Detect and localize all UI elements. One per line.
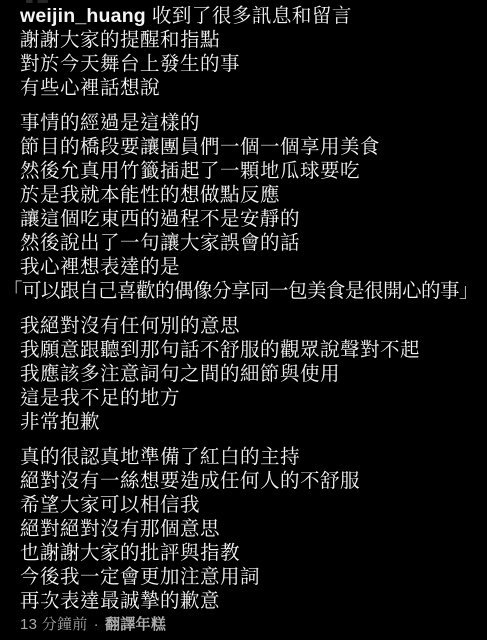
caption-line: 然後允真用竹籤插起了一顆地瓜球要吃 xyxy=(20,159,481,183)
caption-line: 絕對絕對沒有那個意思 xyxy=(20,517,481,541)
footer-separator: · xyxy=(94,616,99,633)
caption-line: 「可以跟自己喜歡的偶像分享同一包美食是很開心的事」 xyxy=(3,279,481,303)
caption-line: 也謝謝大家的批評與指教 xyxy=(20,541,481,565)
post-caption-screen: weijin_huang 收到了很多訊息和留言謝謝大家的提醒和指點對於今天舞台上… xyxy=(0,0,487,640)
caption-line: 讓這個吃東西的過程不是安靜的 xyxy=(20,207,481,231)
caption-line: 非常抱歉 xyxy=(20,410,481,434)
caption-line: 有些心裡話想說 xyxy=(20,76,481,100)
caption-line: 節目的橋段要讓團員們一個一個享用美食 xyxy=(20,135,481,159)
see-translation-button[interactable]: 翻譯年糕 xyxy=(105,616,166,633)
caption-line: 今後我一定會更加注意用詞 xyxy=(20,565,481,589)
clipped-text-above xyxy=(26,0,48,3)
caption-line: 這是我不足的地方 xyxy=(20,386,481,410)
caption-line: 然後說出了一句讓大家誤會的話 xyxy=(20,231,481,255)
post-footer: 13 分鐘前·翻譯年糕 xyxy=(20,615,166,634)
caption-line: 希望大家可以相信我 xyxy=(20,493,481,517)
caption-paragraph: 真的很認真地準備了紅白的主持絕對沒有一絲想要造成任何人的不舒服希望大家可以相信我… xyxy=(20,445,481,613)
caption-paragraph: 事情的經過是這樣的節目的橋段要讓團員們一個一個享用美食然後允真用竹籤插起了一顆地… xyxy=(20,111,481,303)
caption-line: 於是我就本能性的想做點反應 xyxy=(20,183,481,207)
caption-paragraph: 我絕對沒有任何別的意思我願意跟聽到那句話不舒服的觀眾說聲對不起我應該多注意詞句之… xyxy=(20,314,481,434)
caption-line: 對於今天舞台上發生的事 xyxy=(20,52,481,76)
caption-body: weijin_huang 收到了很多訊息和留言謝謝大家的提醒和指點對於今天舞台上… xyxy=(20,4,481,613)
caption-first-line: weijin_huang 收到了很多訊息和留言 xyxy=(20,4,481,28)
caption-line: 絕對沒有一絲想要造成任何人的不舒服 xyxy=(20,469,481,493)
username-link[interactable]: weijin_huang xyxy=(20,5,146,27)
caption-line: 真的很認真地準備了紅白的主持 xyxy=(20,445,481,469)
caption-paragraph: weijin_huang 收到了很多訊息和留言謝謝大家的提醒和指點對於今天舞台上… xyxy=(20,4,481,100)
caption-line: 再次表達最誠摯的歉意 xyxy=(20,589,481,613)
caption-line: 我心裡想表達的是 xyxy=(20,255,481,279)
caption-line: 事情的經過是這樣的 xyxy=(20,111,481,135)
caption-text: 收到了很多訊息和留言 xyxy=(146,5,352,27)
caption-line: 我應該多注意詞句之間的細節與使用 xyxy=(20,362,481,386)
timestamp: 13 分鐘前 xyxy=(20,616,88,633)
caption-line: 我絕對沒有任何別的意思 xyxy=(20,314,481,338)
caption-line: 謝謝大家的提醒和指點 xyxy=(20,28,481,52)
caption-line: 我願意跟聽到那句話不舒服的觀眾說聲對不起 xyxy=(20,338,481,362)
